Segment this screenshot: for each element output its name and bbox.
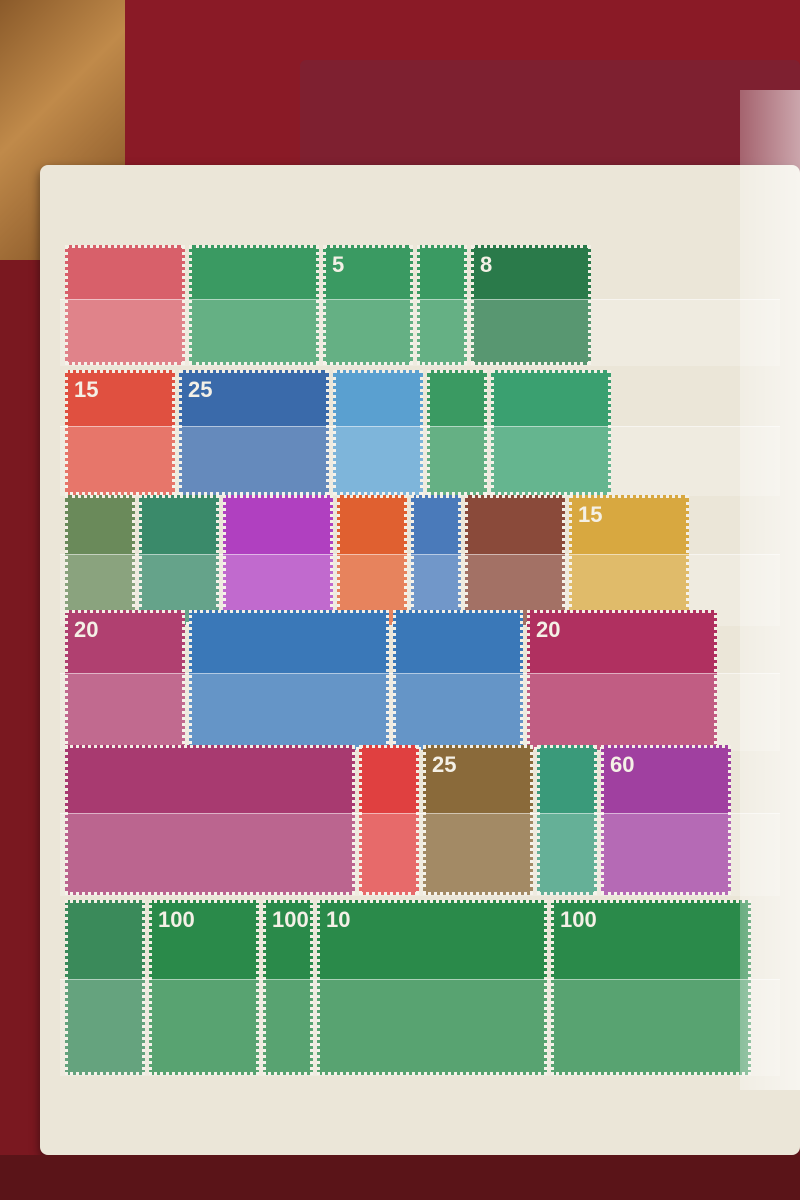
stamp-denomination: 15 [578,502,680,528]
stamp-denomination: 10 [326,907,538,933]
stamp-denomination: 100 [272,907,304,933]
stamp-denomination: 25 [432,752,524,778]
stockbook-strip [60,673,780,751]
stamp-denomination: 60 [610,752,722,778]
glassine-interleaf [740,90,800,1090]
album-bottom-edge [0,1155,800,1200]
stamp-denomination: 20 [536,617,708,643]
stamp-denomination: 100 [158,907,250,933]
stockbook-strip [60,299,780,366]
stamp-denomination: 5 [332,252,404,278]
stamp-denomination: 8 [480,252,582,278]
stockbook-strip [60,813,780,897]
stockbook-strip [60,426,780,496]
stockbook-strip [60,979,780,1076]
stamp-denomination: 15 [74,377,166,403]
stamp-denomination: 100 [560,907,742,933]
stamp-denomination: 20 [74,617,176,643]
stamp-denomination: 25 [188,377,320,403]
